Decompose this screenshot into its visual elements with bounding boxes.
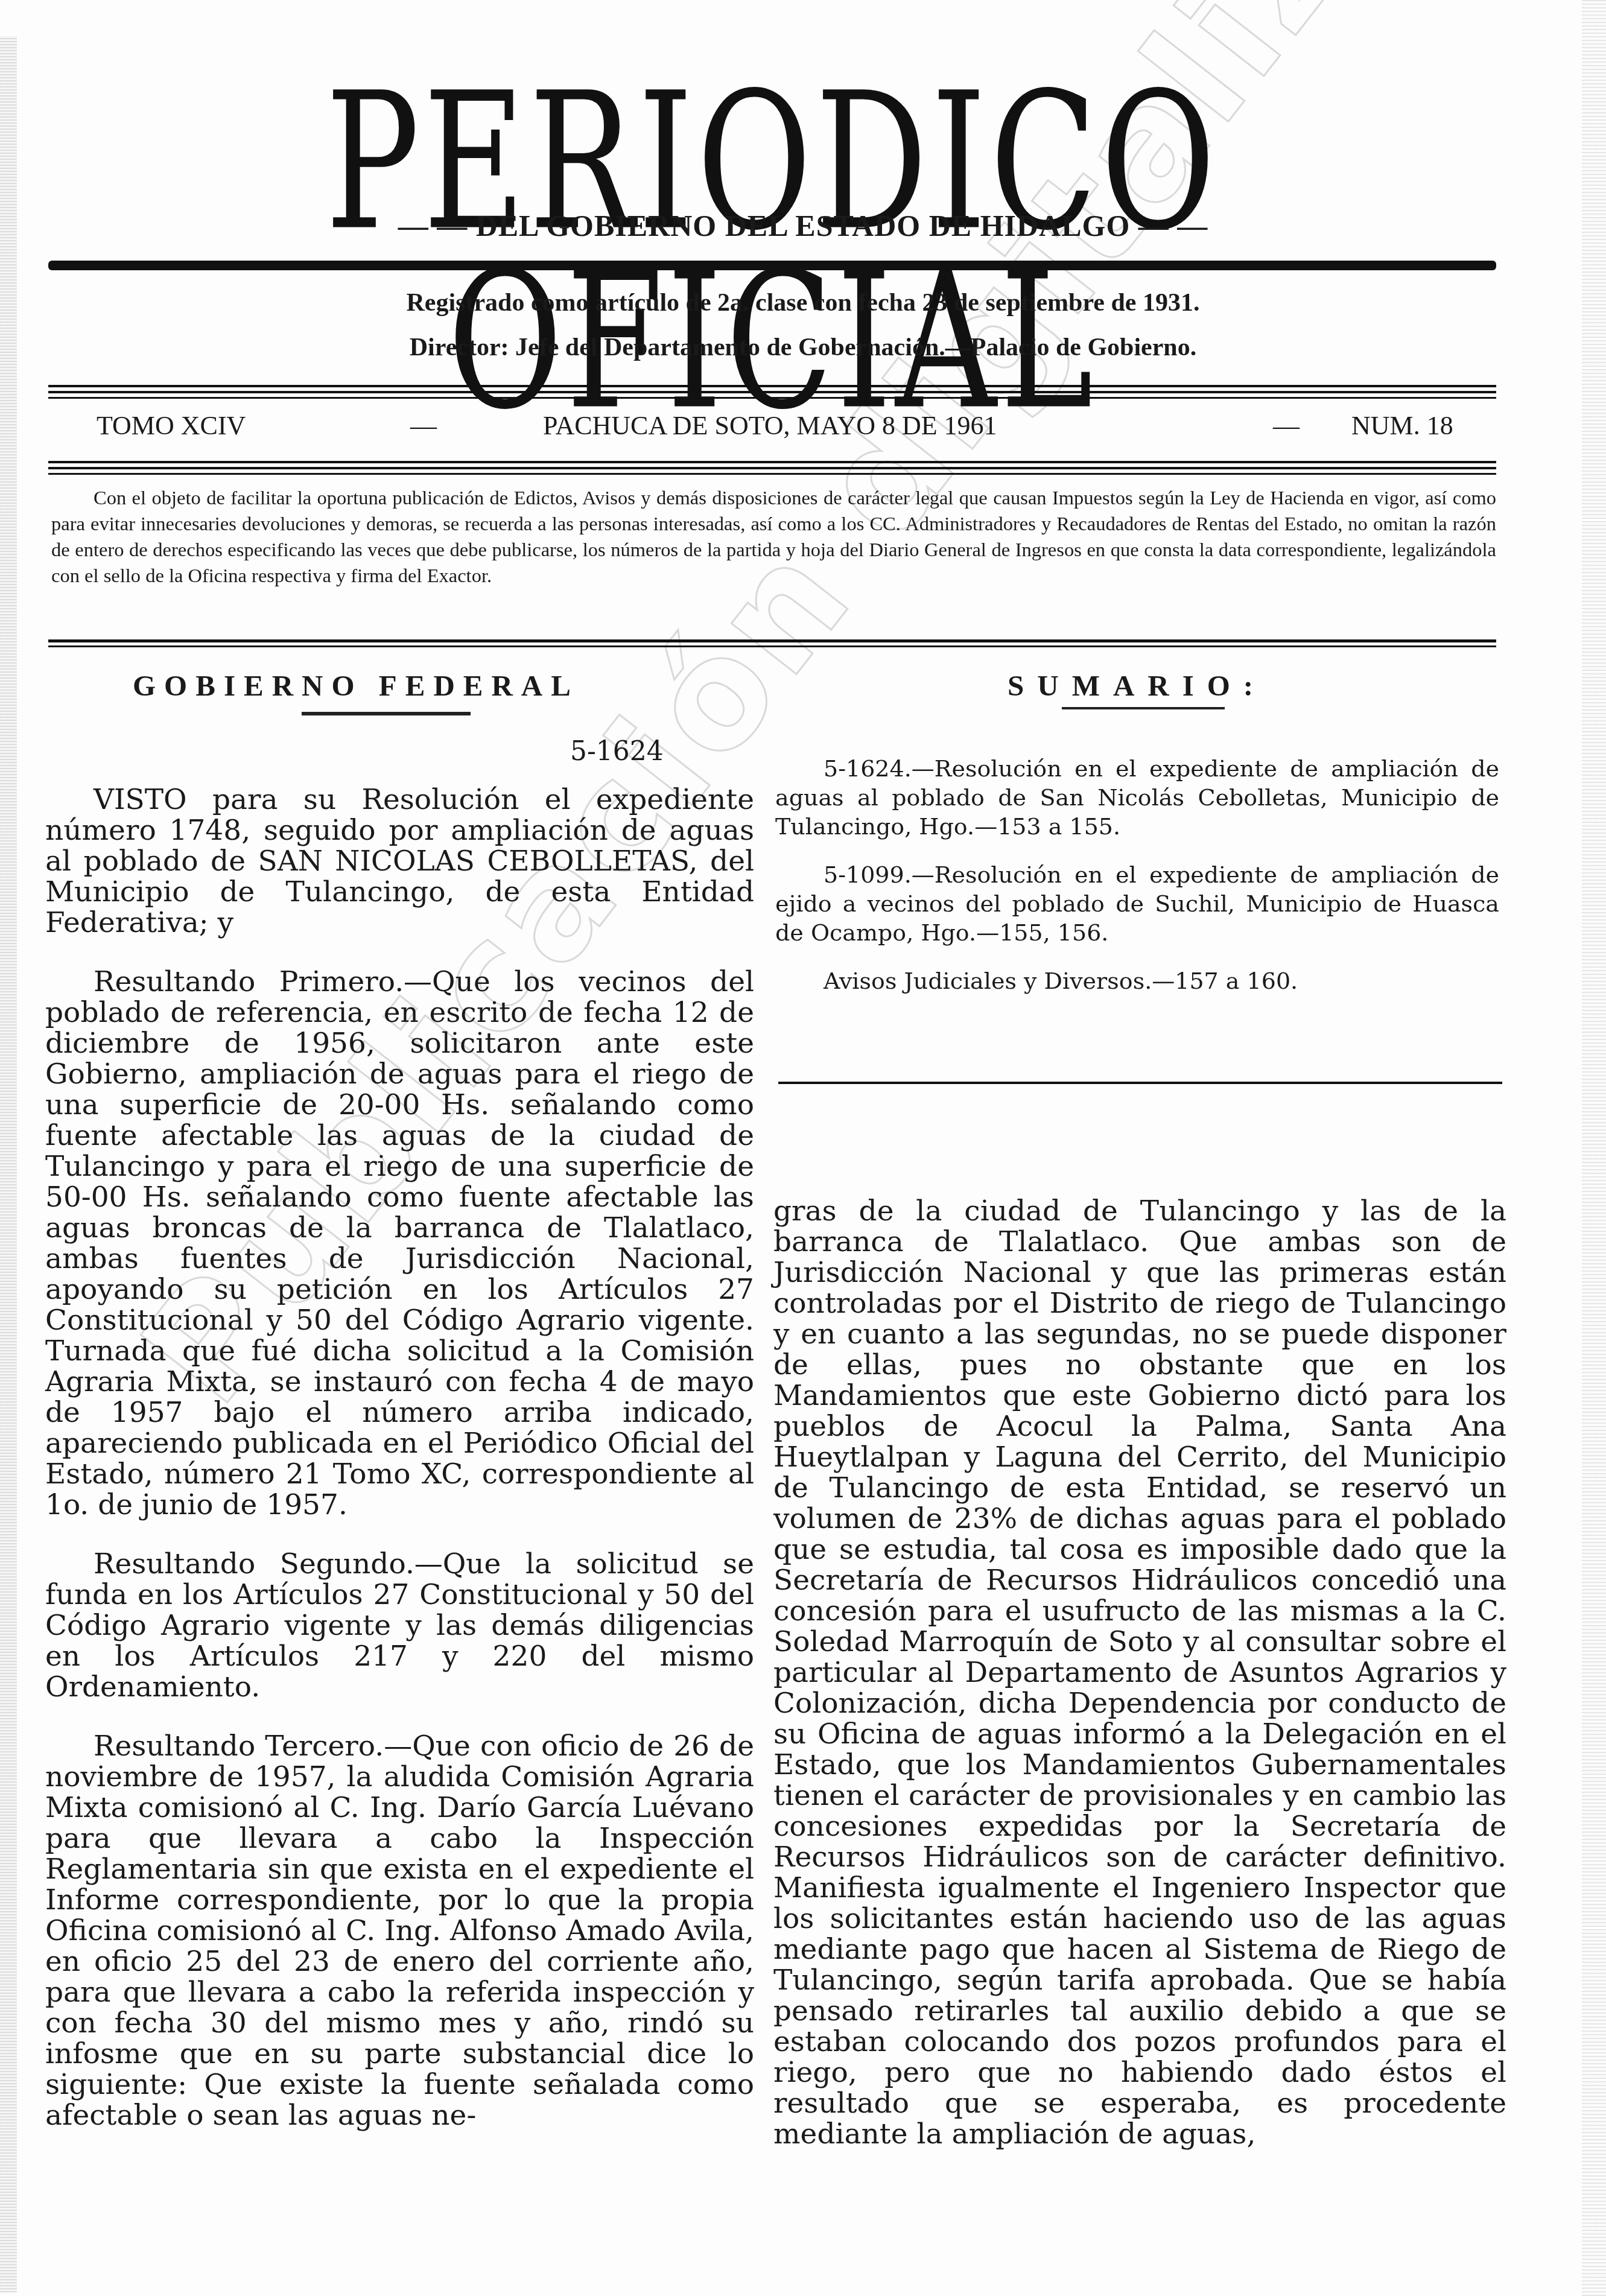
legal-notice: Con el objeto de facilitar la oportuna p… <box>51 486 1496 589</box>
masthead-rule <box>48 261 1496 270</box>
paragraph-continuation: gras de la ciudad de Tulancingo y las de… <box>773 1196 1506 2149</box>
paragraph-resultando-primero: Resultando Primero.—Que los vecinos del … <box>45 966 754 1520</box>
heading-underline <box>1062 707 1225 709</box>
director-line: Director: Jefe del Departamento de Gober… <box>0 333 1606 362</box>
section-heading-sumario: SUMARIO: <box>1008 668 1266 703</box>
sumario-item: 5-1624.—Resolución en el expediente de a… <box>775 754 1499 841</box>
resolution-body-right: gras de la ciudad de Tulancingo y las de… <box>773 1196 1506 2178</box>
resolution-body-left: VISTO para su Resolución el expediente n… <box>45 784 754 2159</box>
legal-notice-text: Con el objeto de facilitar la oportuna p… <box>51 486 1496 589</box>
issue-rule-top <box>48 385 1496 387</box>
issue-rule-top-3 <box>48 397 1496 399</box>
issue-number: NUM. 18 <box>1351 410 1453 441</box>
sumario-item: 5-1099.—Resolución en el expediente de a… <box>775 860 1499 947</box>
issue-rule-bottom-2 <box>48 467 1496 469</box>
paragraph-resultando-tercero: Resultando Tercero.—Que con oficio de 26… <box>45 1731 754 2131</box>
newspaper-page: Publicación digitalizada PERIODICO OFICI… <box>0 0 1606 2296</box>
expediente-number: 5-1624 <box>570 736 664 767</box>
issue-separator: — <box>410 410 437 441</box>
notice-rule <box>48 639 1496 642</box>
sumario-list: 5-1624.—Resolución en el expediente de a… <box>775 754 1499 1015</box>
sumario-bottom-rule <box>778 1082 1502 1084</box>
notice-rule-2 <box>48 645 1496 647</box>
registration-line: Registrado como artículo de 2a. clase co… <box>0 288 1606 317</box>
issue-rule-top-2 <box>48 391 1496 393</box>
scan-edge-left <box>0 36 17 2292</box>
issue-info-row: TOMO XCIV — PACHUCA DE SOTO, MAYO 8 DE 1… <box>66 410 1490 446</box>
issue-rule-bottom-3 <box>48 473 1496 475</box>
paragraph-resultando-segundo: Resultando Segundo.—Que la solicitud se … <box>45 1549 754 1702</box>
paragraph-visto: VISTO para su Resolución el expediente n… <box>45 784 754 938</box>
masthead-subtitle: — — DEL GOBIERNO DEL ESTADO DE HIDALGO —… <box>0 208 1606 243</box>
place-date: PACHUCA DE SOTO, MAYO 8 DE 1961 <box>543 410 997 441</box>
masthead-title: PERIODICO OFICIAL <box>48 72 1496 431</box>
issue-rule-bottom <box>48 461 1496 463</box>
heading-underline <box>302 712 471 715</box>
issue-separator: — <box>1273 410 1300 441</box>
sumario-item: Avisos Judiciales y Diversos.—157 a 160. <box>775 966 1499 995</box>
section-heading-gobierno-federal: GOBIERNO FEDERAL <box>133 668 579 703</box>
tomo-label: TOMO XCIV <box>97 410 246 441</box>
